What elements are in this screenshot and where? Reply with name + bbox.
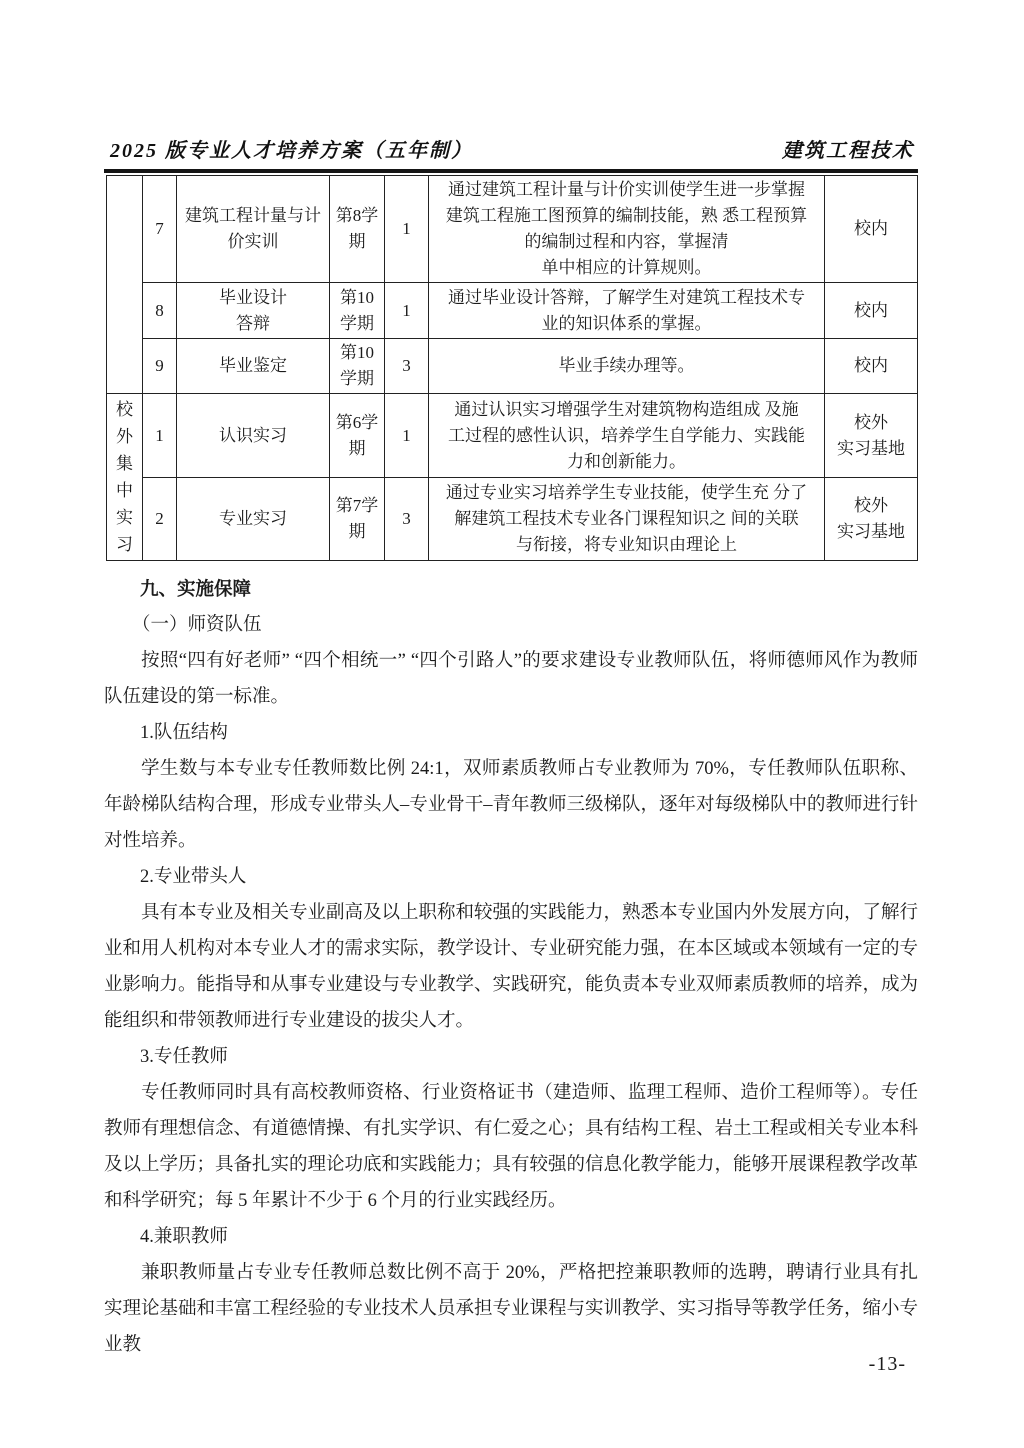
course-name: 专业实习 xyxy=(177,478,330,561)
practical-training-table: 7 建筑工程计量与计 价实训 第8学 期 1 通过建筑工程计量与计价实训使学生进… xyxy=(106,175,918,561)
team-structure-paragraph: 学生数与本专业专任教师数比例 24:1，双师素质教师占专业教师为 70%，专任教… xyxy=(104,751,918,859)
course-weeks: 1 xyxy=(385,283,429,339)
course-weeks: 1 xyxy=(385,176,429,283)
course-name: 认识实习 xyxy=(177,394,330,478)
program-leader-paragraph: 具有本专业及相关专业副高及以上职称和较强的实践能力，熟悉本专业国内外发展方向，了… xyxy=(104,895,918,1039)
table-row-course-9: 9 毕业鉴定 第10 学期 3 毕业手续办理等。 校内 xyxy=(107,339,918,394)
course-description: 通过认识实习增强学生对建筑物构造组成 及施 工过程的感性认识，培养学生自学能力、… xyxy=(429,394,825,478)
table-row-course-7: 7 建筑工程计量与计 价实训 第8学 期 1 通过建筑工程计量与计价实训使学生进… xyxy=(107,176,918,283)
table-row-practice-2: 2 专业实习 第7学 期 3 通过专业实习培养学生专业技能，使学生充 分了 解建… xyxy=(107,478,918,561)
course-semester: 第6学 期 xyxy=(330,394,385,478)
heading-program-leader: 2.专业带头人 xyxy=(104,859,918,895)
course-name: 毕业鉴定 xyxy=(177,339,330,394)
course-location: 校外 实习基地 xyxy=(825,478,918,561)
parttime-teachers-paragraph: 兼职教师量占专业专任教师总数比例不高于 20%，严格把控兼职教师的选聘，聘请行业… xyxy=(104,1255,918,1363)
page-number: -13- xyxy=(869,1353,906,1376)
course-name: 建筑工程计量与计 价实训 xyxy=(177,176,330,283)
section-heading-9: 九、实施保障 xyxy=(104,571,918,607)
course-description: 毕业手续办理等。 xyxy=(429,339,825,394)
body-text: 九、实施保障 （一）师资队伍 按照“四有好老师” “四个相统一” “四个引路人”… xyxy=(104,571,918,1363)
course-location: 校内 xyxy=(825,283,918,339)
course-number: 1 xyxy=(143,394,177,478)
table-row-practice-1: 校外集中实习 1 认识实习 第6学 期 1 通过认识实习增强学生对建筑物构造组成… xyxy=(107,394,918,478)
teachers-intro-paragraph: 按照“四有好老师” “四个相统一” “四个引路人”的要求建设专业教师队伍，将师德… xyxy=(104,643,918,715)
group-cell-offcampus-practice: 校外集中实习 xyxy=(107,394,143,561)
course-description: 通过毕业设计答辩，了解学生对建筑工程技术专 业的知识体系的掌握。 xyxy=(429,283,825,339)
course-name: 毕业设计 答辩 xyxy=(177,283,330,339)
header-right-title: 建筑工程技术 xyxy=(782,134,914,163)
course-number: 7 xyxy=(143,176,177,283)
course-location: 校内 xyxy=(825,176,918,283)
course-number: 9 xyxy=(143,339,177,394)
course-semester: 第10 学期 xyxy=(330,339,385,394)
heading-team-structure: 1.队伍结构 xyxy=(104,715,918,751)
running-header: 2025 版专业人才培养方案（五年制） 建筑工程技术 xyxy=(104,0,918,169)
course-number: 8 xyxy=(143,283,177,339)
course-weeks: 1 xyxy=(385,394,429,478)
table-row-course-8: 8 毕业设计 答辩 第10 学期 1 通过毕业设计答辩，了解学生对建筑工程技术专… xyxy=(107,283,918,339)
course-location: 校内 xyxy=(825,339,918,394)
page-content: 2025 版专业人才培养方案（五年制） 建筑工程技术 7 建筑工程计量与计 价实… xyxy=(104,0,918,1363)
course-description: 通过专业实习培养学生专业技能，使学生充 分了 解建筑工程技术专业各门课程知识之 … xyxy=(429,478,825,561)
course-semester: 第10 学期 xyxy=(330,283,385,339)
heading-fulltime-teachers: 3.专任教师 xyxy=(104,1039,918,1075)
course-semester: 第7学 期 xyxy=(330,478,385,561)
fulltime-teachers-paragraph: 专任教师同时具有高校教师资格、行业资格证书（建造师、监理工程师、造价工程师等）。… xyxy=(104,1075,918,1219)
course-description: 通过建筑工程计量与计价实训使学生进一步掌握 建筑工程施工图预算的编制技能，熟 悉… xyxy=(429,176,825,283)
heading-parttime-teachers: 4.兼职教师 xyxy=(104,1219,918,1255)
course-weeks: 3 xyxy=(385,478,429,561)
course-weeks: 3 xyxy=(385,339,429,394)
subsection-heading-teachers: （一）师资队伍 xyxy=(104,607,918,643)
header-left-title: 2025 版专业人才培养方案（五年制） xyxy=(110,134,473,163)
group-cell-empty xyxy=(107,176,143,394)
course-number: 2 xyxy=(143,478,177,561)
course-location: 校外 实习基地 xyxy=(825,394,918,478)
document-page: 2025 版专业人才培养方案（五年制） 建筑工程技术 7 建筑工程计量与计 价实… xyxy=(0,0,1024,1448)
course-semester: 第8学 期 xyxy=(330,176,385,283)
header-rule xyxy=(104,169,918,173)
